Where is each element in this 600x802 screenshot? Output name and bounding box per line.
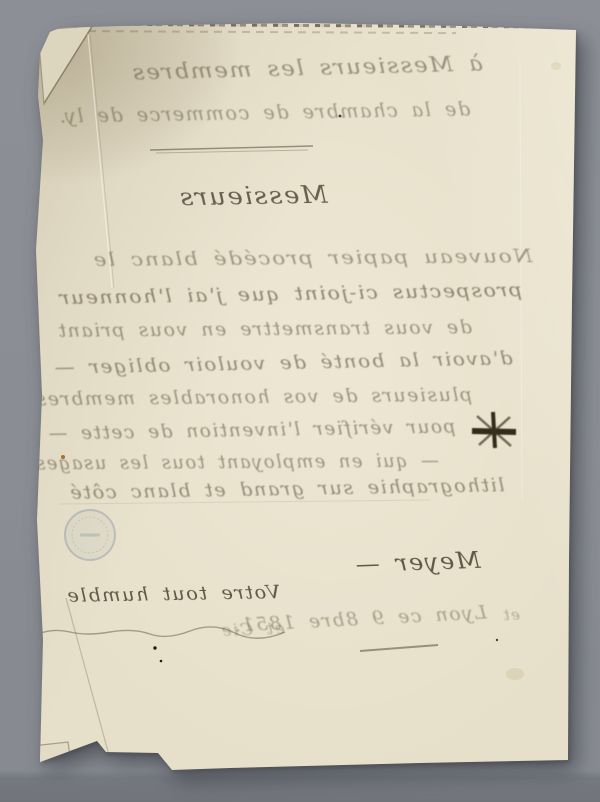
handwriting-signature-name: Meyer — [357, 548, 478, 578]
handwriting-signature-closing: Votre tout humble [68, 581, 278, 607]
handwriting-fragment: et [502, 606, 521, 625]
handwriting-body-line: — qui en employant tous les usages [24, 450, 450, 475]
handwriting-body-line: Nouveau papier procédé blanc le [119, 245, 505, 270]
scan-background: à Messieurs les membres de la chambre de… [0, 0, 600, 802]
letter-page-wrap: à Messieurs les membres de la chambre de… [0, 0, 600, 802]
letter-page: à Messieurs les membres de la chambre de… [0, 0, 600, 802]
handwriting-body-line: de vous transmettre en vous priant [57, 316, 472, 342]
handwriting-body-line: plusieurs de vos honorables membres [35, 384, 472, 411]
handwriting-salutation: Messieurs [184, 181, 323, 211]
ink-cross-annotation [468, 408, 520, 452]
handwriting-fragment: et Cie [220, 619, 285, 641]
